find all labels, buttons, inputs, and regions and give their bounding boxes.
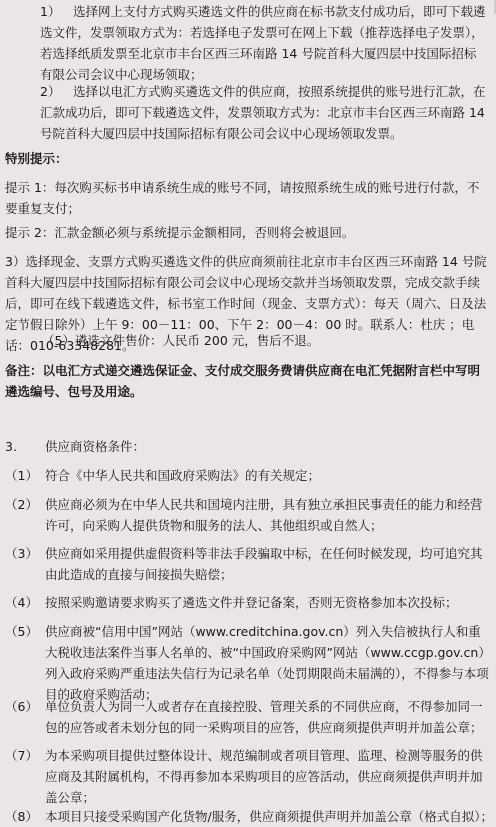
item-number: 2） — [40, 81, 73, 102]
payment-method-2: 2）选择以电汇方式购买遴选文件的供应商，按照系统提供的账号进行汇款，在汇款成功后… — [40, 81, 488, 144]
tip-1: 提示 1：每次购买标书申请系统生成的账号不同，请按照系统生成的账号进行付款，不要… — [5, 177, 490, 219]
section-number: 3. — [5, 436, 41, 457]
item-label: （6） — [5, 696, 41, 717]
item-text: 选择网上支付方式购买遴选文件的供应商在标书款支付成功后，即可下载遴选文件，发票领… — [40, 4, 486, 82]
item-text: 供应商被“信用中国”网站（www.creditchina.gov.cn）列入失信… — [45, 621, 493, 705]
special-notes-title: 特别提示： — [5, 148, 490, 169]
document-price: （5）遴选文件售价：人民币 200 元，售后不退。 — [42, 330, 482, 351]
item-label: （5） — [5, 621, 41, 642]
item-text: 供应商必须为在中华人民共和国境内注册，具有独立承担民事责任的能力和经营许可，向采… — [45, 494, 493, 536]
item-label: （8） — [5, 806, 41, 827]
item-label: （4） — [5, 592, 41, 613]
item-text: 符合《中华人民共和国政府采购法》的有关规定； — [45, 465, 493, 486]
item-label: （2） — [5, 494, 41, 515]
item-text: 供应商如采用提供虚假资料等非法手段骗取中标，在任何时候发现，均可追究其由此造成的… — [45, 543, 493, 585]
item-text: 本项目只接受采购国产化货物/服务，供应商须提供声明并加盖公章（格式自拟）； — [45, 806, 493, 827]
item-text: 单位负责人为同一人或者存在直接控股、管理关系的不同供应商，不得参加同一包的应答或… — [45, 696, 493, 738]
section-title: 供应商资格条件： — [45, 436, 493, 457]
item-text: 为本采购项目提供过整体设计、规范编制或者项目管理、监理、检测等服务的供应商及其附… — [45, 745, 493, 808]
item-text: 按照采购邀请要求购买了遴选文件并登记备案，否则无资格参加本次投标； — [45, 592, 493, 613]
item-text: 选择以电汇方式购买遴选文件的供应商，按照系统提供的账号进行汇款，在汇款成功后，即… — [40, 84, 486, 141]
remark: 备注：以电汇方式递交遴选保证金、支付成交服务费请供应商在电汇凭据附言栏中写明遴选… — [5, 360, 490, 402]
tip-2: 提示 2：汇款金额必须与系统提示金额相同，否则将会被退回。 — [5, 222, 490, 243]
payment-method-1: 1）选择网上支付方式购买遴选文件的供应商在标书款支付成功后，即可下载遴选文件，发… — [40, 1, 488, 85]
item-number: 1） — [40, 1, 73, 22]
item-label: （3） — [5, 543, 41, 564]
item-label: （7） — [5, 745, 41, 766]
item-label: （1） — [5, 465, 41, 486]
